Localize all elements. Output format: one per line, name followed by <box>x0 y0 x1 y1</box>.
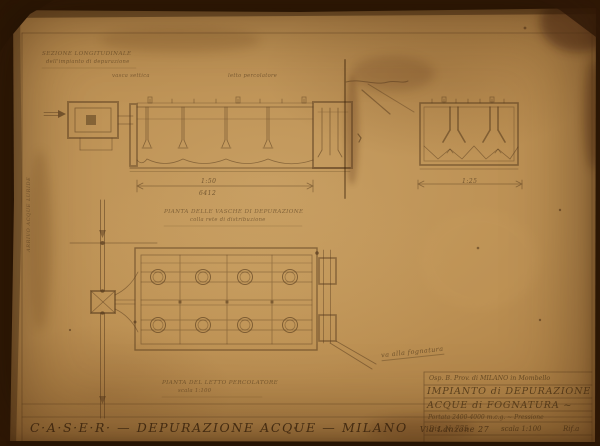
plan-caption-line1: PIANTA DELLE VASCHE DI DEPURAZIONE <box>164 209 304 215</box>
detail-scale-label: 1:25 <box>462 178 477 185</box>
titleblock-subject-line2: ACQUE di FOGNATURA ~ <box>427 400 572 411</box>
section-caption-line1: SEZIONE LONGITUDINALE <box>42 51 132 57</box>
plan-caption-line2: colla rete di distribuzione <box>190 217 266 223</box>
caption-letto-percolatore: letto percolatore <box>228 73 277 79</box>
percolator-caption-line2: scala 1:100 <box>178 388 211 394</box>
titleblock-owner: Osp. B. Prov. di MILANO in Mombello <box>429 375 550 382</box>
percolator-caption-line1: PIANTA DEL LETTO PERCOLATORE <box>162 380 278 386</box>
photographed-technical-drawing: SEZIONE LONGITUDINALE dell'impianto di d… <box>0 0 600 446</box>
drawing-main-title-text: C·A·S·E·R· — DEPURAZIONE ACQUE — MILANO <box>30 420 408 435</box>
titleblock-scale: scala 1:100 <box>501 425 542 433</box>
caption-vasca-settica: vasca settica <box>112 73 150 79</box>
inlet-vertical-label: ARRIVO ACQUE LURIDE <box>26 177 32 252</box>
titleblock-reference: Rif.a <box>563 425 579 433</box>
section-caption-line2: dell'impianto di depurazione <box>46 59 130 65</box>
main-dimension-label: 6412 <box>199 190 216 197</box>
titleblock-subject-line1: IMPIANTO di DEPURAZIONE <box>427 386 591 397</box>
longitudinal-section <box>44 97 352 192</box>
drawing-main-title: C·A·S·E·R· — DEPURAZIONE ACQUE — MILANOV… <box>30 420 489 435</box>
main-scale-label: 1:50 <box>201 178 216 185</box>
caption-underlines <box>42 68 302 397</box>
titleblock-drawing-number: Dis. N. 775 <box>429 425 468 433</box>
detail-cross-section <box>418 97 522 189</box>
plan-view <box>91 248 376 369</box>
titleblock-capacity: Portata 2400-4000 m.c.g. ~ Pressione <box>428 414 544 421</box>
